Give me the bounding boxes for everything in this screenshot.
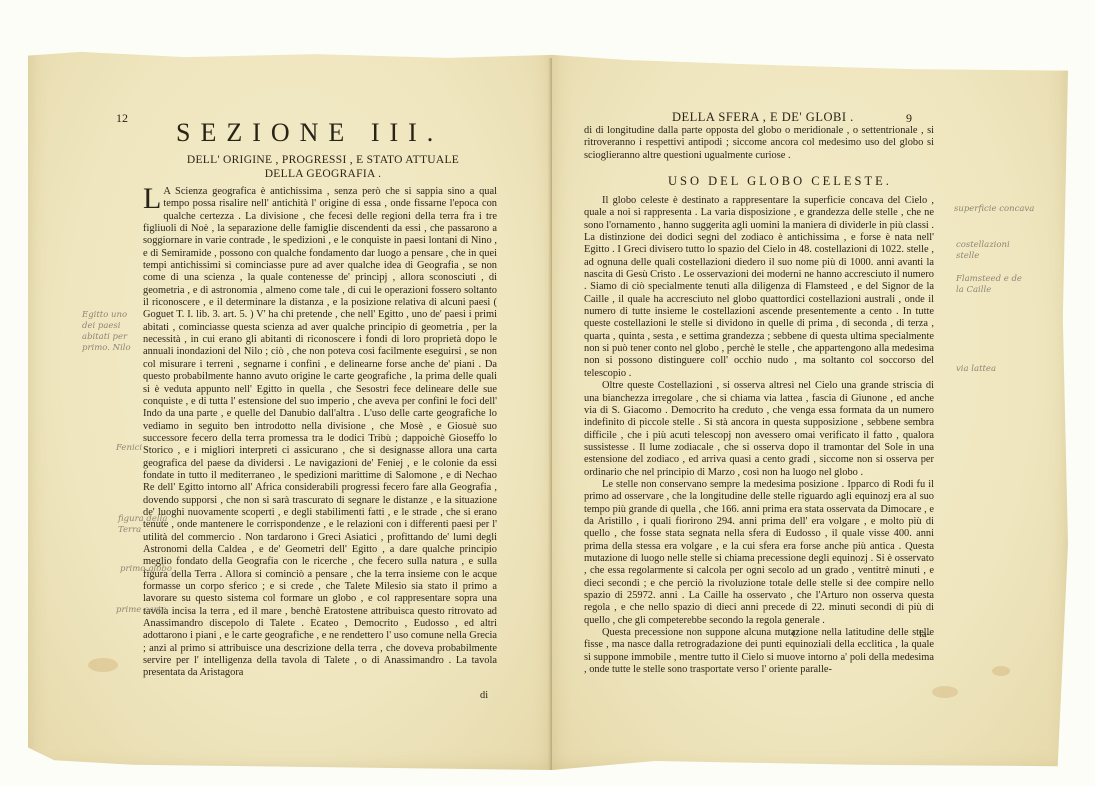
paper-stain (88, 658, 118, 672)
subtitle-line-2: DELLA GEOGRAFIA . (128, 167, 518, 181)
paragraph-4: Questa precessione non suppone alcuna mu… (584, 627, 934, 676)
book-spread: 12 SEZIONE III. DELL' ORIGINE , PROGRESS… (28, 18, 1068, 770)
section-subtitle: DELL' ORIGINE , PROGRESSI , E STATO ATTU… (128, 153, 518, 181)
catchword-right: la- (919, 629, 930, 640)
section-heading: USO DEL GLOBO CELESTE. (668, 174, 892, 189)
page-number-right: 9 (906, 111, 912, 126)
left-page: 12 SEZIONE III. DELL' ORIGINE , PROGRESS… (28, 18, 552, 770)
right-body-text: Il globo celeste è destinato a rappresen… (584, 195, 934, 676)
drop-cap: L (143, 187, 161, 211)
margin-note-superficie: superficie concava (954, 204, 1034, 215)
margin-note-via-lattea: via lattea (956, 364, 996, 375)
right-page: DELLA SFERA , E DE' GLOBI . 9 di di long… (552, 18, 1068, 770)
paragraph-1: Il globo celeste è destinato a rappresen… (584, 195, 934, 380)
continuation-text: di di longitudine dalla parte opposta de… (584, 125, 934, 162)
running-head: DELLA SFERA , E DE' GLOBI . (672, 110, 854, 125)
paper-stain (992, 666, 1010, 676)
page-number-left: 12 (116, 111, 128, 126)
left-body-paragraph: A Scienza geografica è antichissima , se… (143, 186, 497, 678)
paragraph-2: Oltre queste Costellazioni , si osserva … (584, 380, 934, 479)
paper-stain (932, 686, 958, 698)
margin-note-flamsteed: Flamsteed e de la Caille (956, 274, 1026, 296)
paragraph-3: Le stelle non conservano sempre la medes… (584, 479, 934, 627)
margin-note-primo-globo: primo globo (120, 564, 172, 575)
margin-note-costellazioni: costellazioni stelle (956, 240, 1006, 262)
left-body-text: LA Scienza geografica è antichissima , s… (143, 186, 497, 680)
margin-note-egitto: Egitto uno dei paesi abitati per primo. … (82, 310, 142, 354)
continuation-paragraph: di di longitudine dalla parte opposta de… (584, 125, 934, 162)
margin-note-fenici: Fenici (116, 443, 142, 454)
margin-note-prime-carte: prime carte (116, 605, 166, 616)
subtitle-line-1: DELL' ORIGINE , PROGRESSI , E STATO ATTU… (128, 153, 518, 167)
signature-mark: C (792, 629, 799, 640)
catchword-left: di (480, 690, 488, 701)
section-title: SEZIONE III. (176, 118, 443, 148)
margin-note-figura-terra: figura della Terra (118, 514, 168, 536)
